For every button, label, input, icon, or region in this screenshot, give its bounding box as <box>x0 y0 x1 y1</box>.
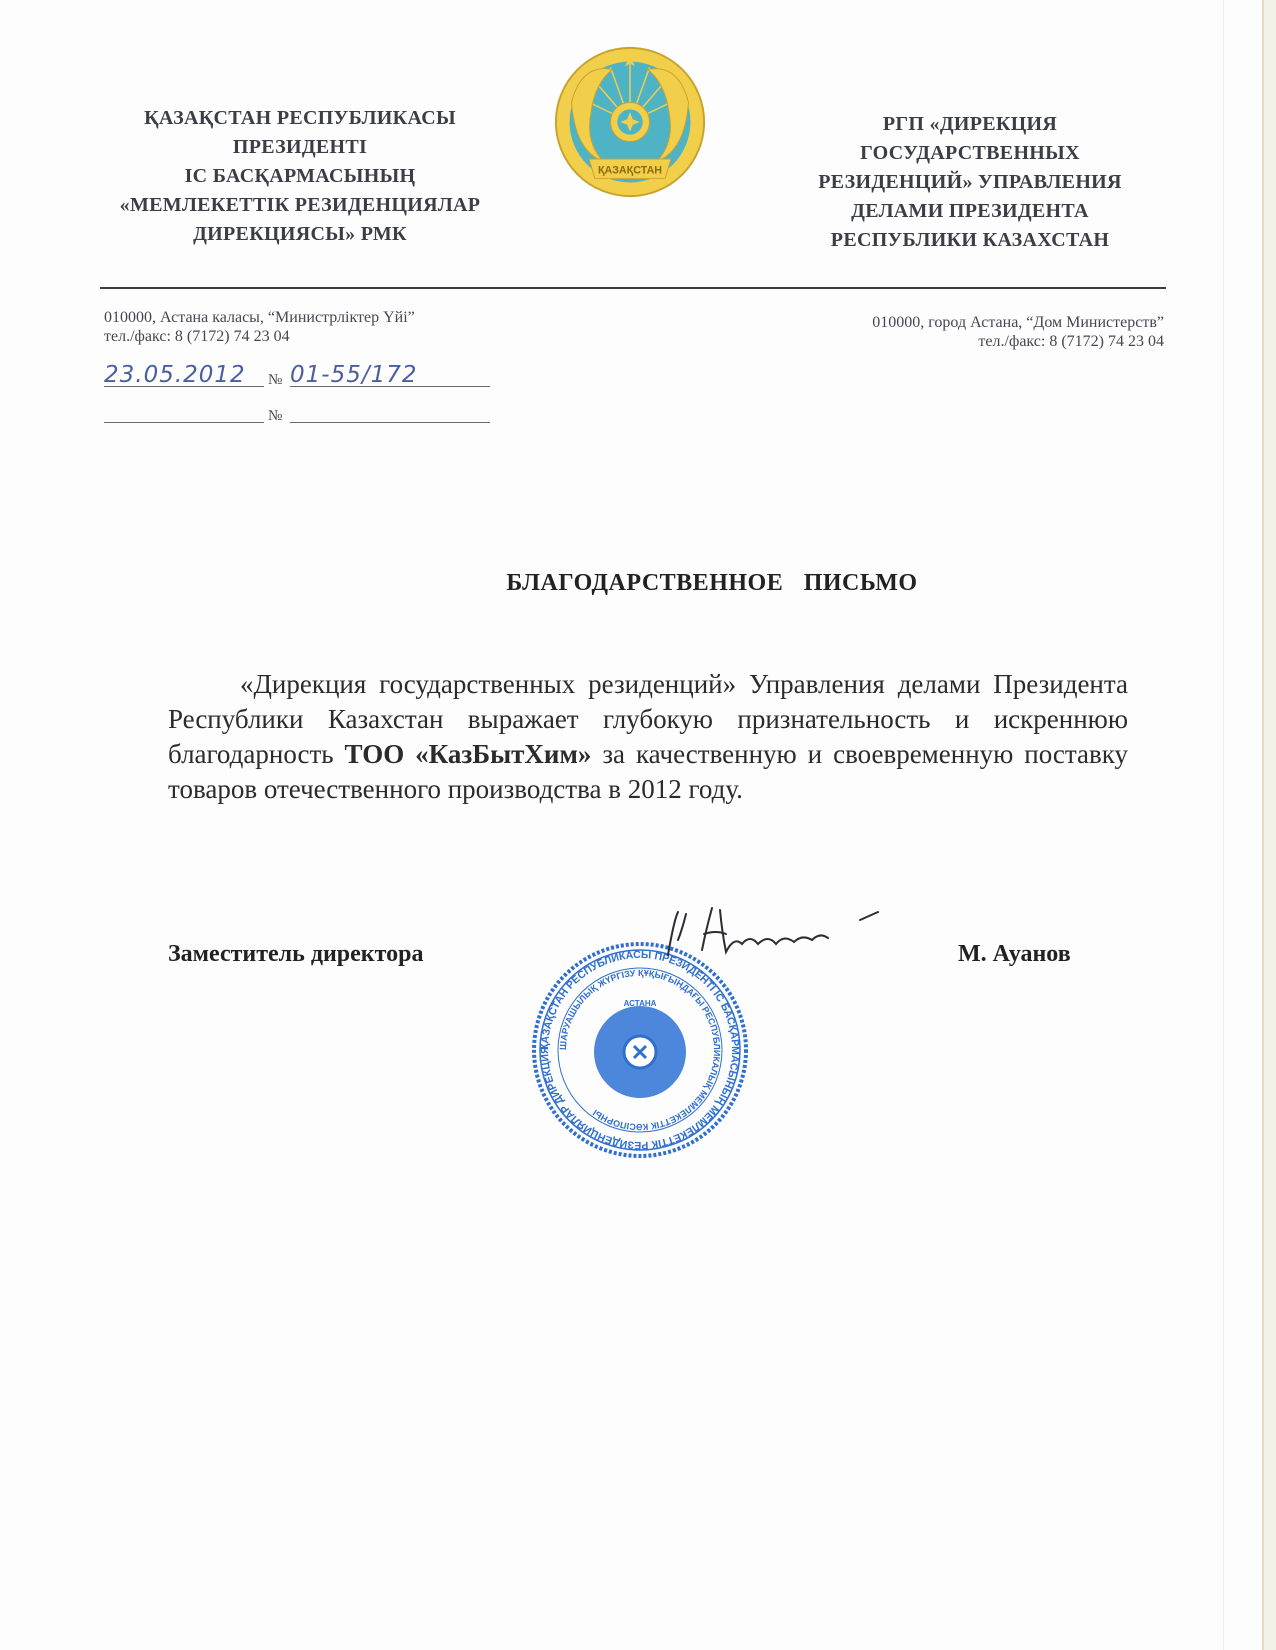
letterhead-divider <box>100 287 1166 289</box>
svg-text:АСТАНА: АСТАНА <box>624 999 657 1008</box>
phone-line: тел./факс: 8 (7172) 74 23 04 <box>104 327 415 346</box>
letterhead-kazakh: ҚАЗАҚСТАН РЕСПУБЛИКАСЫ ПРЕЗИДЕНТІ ІС БАС… <box>100 104 500 249</box>
letterhead-line: РГП «ДИРЕКЦИЯ <box>790 110 1150 139</box>
letterhead-russian: РГП «ДИРЕКЦИЯ ГОСУДАРСТВЕННЫХ РЕЗИДЕНЦИЙ… <box>790 110 1150 255</box>
letterhead-line: РЕСПУБЛИКИ КАЗАХСТАН <box>790 226 1150 255</box>
registration-number: 01-55/172 <box>290 364 490 387</box>
letterhead-line: ДИРЕКЦИЯСЫ» РМК <box>100 220 500 249</box>
letterhead-line: ІС БАСҚАРМАСЫНЫҢ <box>100 162 500 191</box>
signatory-role: Заместитель директора <box>168 941 423 968</box>
address-line: 010000, Астана каласы, “Министрліктер Үй… <box>104 308 415 327</box>
letterhead-line: «МЕМЛЕКЕТТІК РЕЗИДЕНЦИЯЛАР <box>100 191 500 220</box>
state-emblem-icon: ҚАЗАҚСТАН <box>552 44 708 200</box>
incoming-date-blank <box>104 400 264 423</box>
second-number-sign: № <box>268 408 282 425</box>
handwritten-signature <box>660 900 920 970</box>
letterhead-line: ҚАЗАҚСТАН РЕСПУБЛИКАСЫ <box>100 104 500 133</box>
number-sign: № <box>268 372 282 389</box>
official-seal-icon: ҚАЗАҚСТАН РЕСПУБЛИКАСЫ ПРЕЗИДЕНТІ ІС БАС… <box>530 940 750 1160</box>
letterhead-line: ДЕЛАМИ ПРЕЗИДЕНТА <box>790 197 1150 226</box>
letterhead-line: ГОСУДАРСТВЕННЫХ <box>790 139 1150 168</box>
letter-title: БЛАГОДАРСТВЕННОЕ ПИСЬМО <box>0 570 1276 597</box>
incoming-number-blank <box>290 400 490 423</box>
signatory-name: М. Ауанов <box>958 941 1071 968</box>
address-line: 010000, город Астана, “Дом Министерств” <box>872 313 1164 332</box>
letterhead-line: РЕЗИДЕНЦИЙ» УПРАВЛЕНИЯ <box>790 168 1150 197</box>
svg-text:ҚАЗАҚСТАН: ҚАЗАҚСТАН <box>598 165 662 177</box>
phone-line: тел./факс: 8 (7172) 74 23 04 <box>872 332 1164 351</box>
registration-date: 23.05.2012 <box>104 364 264 387</box>
address-kazakh: 010000, Астана каласы, “Министрліктер Үй… <box>104 308 415 346</box>
page-fold-line <box>1223 0 1224 1650</box>
address-russian: 010000, город Астана, “Дом Министерств” … <box>872 313 1164 351</box>
scan-margin <box>1262 0 1276 1650</box>
letter-body: «Дирекция государственных резиденций» Уп… <box>168 667 1128 807</box>
letterhead-line: ПРЕЗИДЕНТІ <box>100 133 500 162</box>
company-name: ТОО «КазБытХим» <box>345 739 592 769</box>
